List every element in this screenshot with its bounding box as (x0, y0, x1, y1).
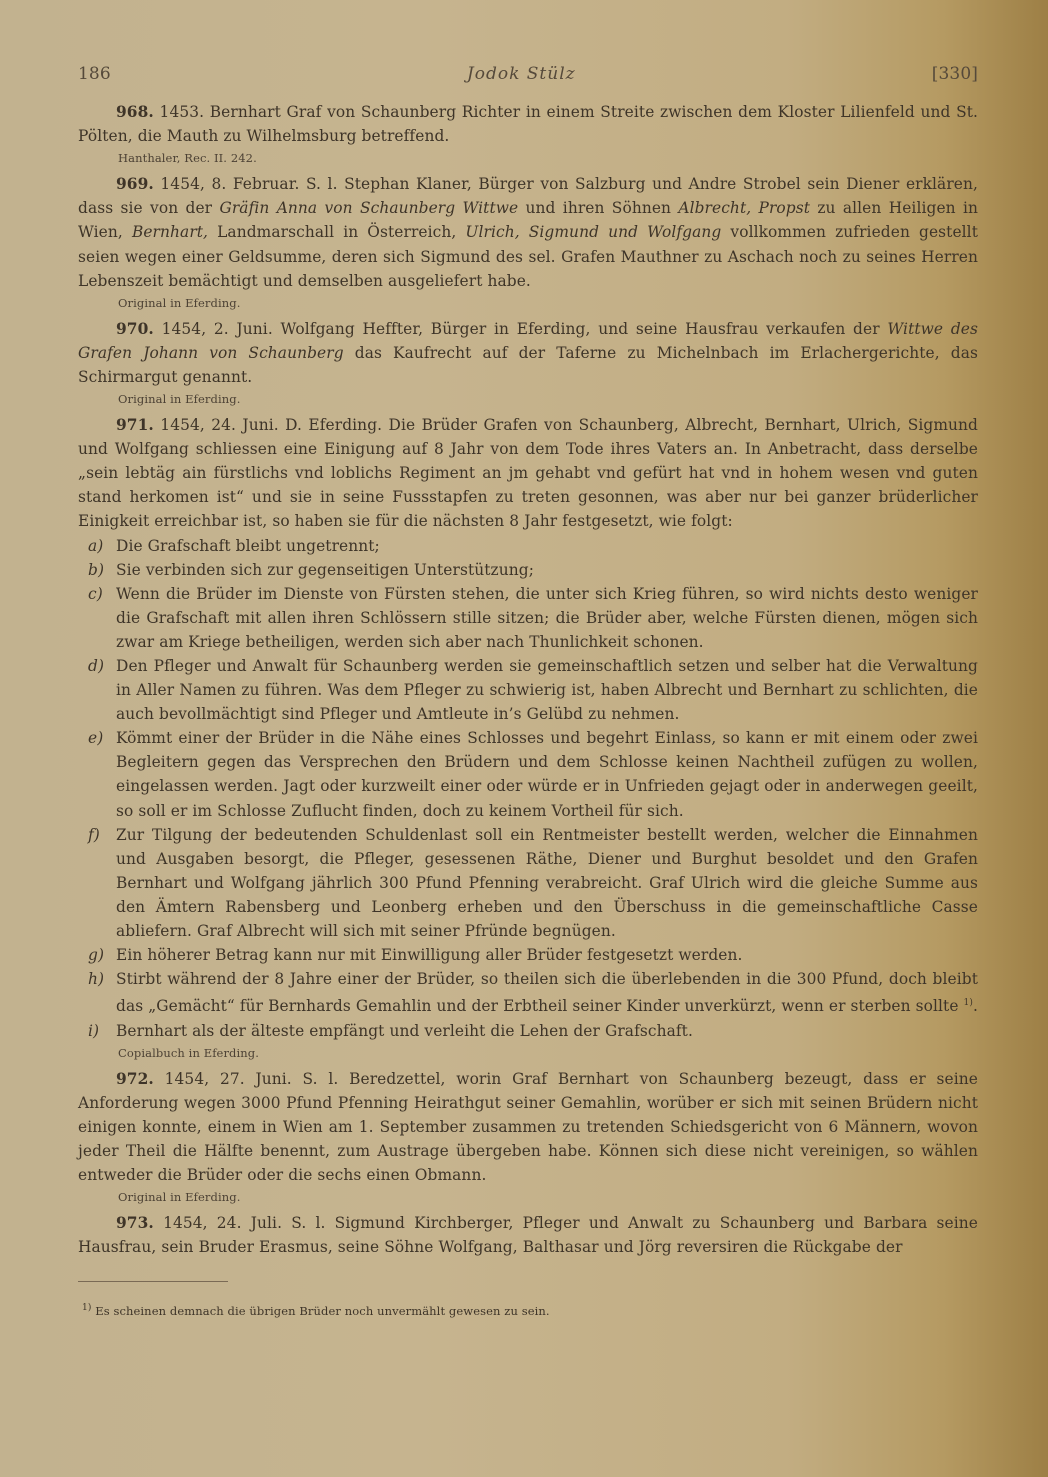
entry-text: 1454, 24. Juni. D. Eferding. Die Brüder … (78, 416, 978, 530)
entry-973: 973. 1454, 24. Juli. S. l. Sigmund Kirch… (78, 1211, 978, 1259)
footnote-marker: 1) (82, 1303, 91, 1313)
item-text: Sie verbinden sich zur gegenseitigen Unt… (116, 561, 534, 579)
entry-text: 1454, 2. Juni. Wolfgang Heffter, Bürger … (162, 320, 888, 338)
page-header: 186 Jodok Stülz [330] (78, 62, 978, 86)
item-label: d) (88, 654, 104, 678)
provision-item: d)Den Pfleger und Anwalt für Schaunberg … (78, 654, 978, 726)
page-number: 186 (78, 62, 111, 86)
document-page: 186 Jodok Stülz [330] 968. 1453. Bernhar… (78, 62, 978, 1323)
item-label: h) (88, 967, 104, 991)
entry-number: 968. (116, 103, 154, 121)
entry-source: Original in Eferding. (78, 1187, 978, 1207)
provision-item: a)Die Grafschaft bleibt ungetrennt; (78, 534, 978, 558)
item-label: i) (88, 1019, 99, 1043)
item-text: Zur Tilgung der bedeutenden Schuldenlast… (116, 826, 978, 940)
entry-number: 972. (116, 1070, 154, 1088)
entry-text: 1454, 24. Juli. S. l. Sigmund Kirchberge… (78, 1214, 978, 1256)
entry-number: 971. (116, 416, 154, 434)
entry-source: Original in Eferding. (78, 293, 978, 313)
item-label: e) (88, 726, 103, 750)
entry-text: 1453. Bernhart Graf von Schaunberg Richt… (78, 103, 978, 145)
entry-text: Landmarschall in Österreich, (208, 223, 465, 241)
entry-971: 971. 1454, 24. Juni. D. Eferding. Die Br… (78, 413, 978, 1063)
entry-source: Original in Eferding. (78, 389, 978, 409)
item-label: c) (88, 582, 103, 606)
item-text: Stirbt während der 8 Jahre einer der Brü… (116, 970, 978, 1015)
item-label: a) (88, 534, 103, 558)
bracket-page-number: [330] (932, 62, 978, 86)
entry-text: 1454, 27. Juni. S. l. Beredzettel, worin… (78, 1070, 978, 1184)
provision-item: f)Zur Tilgung der bedeutenden Schuldenla… (78, 823, 978, 943)
provision-item: e)Kömmt einer der Brüder in die Nähe ein… (78, 726, 978, 822)
entry-number: 970. (116, 320, 154, 338)
item-text: Ein höherer Betrag kann nur mit Einwilli… (116, 946, 743, 964)
entry-source: Copialbuch in Eferding. (78, 1043, 978, 1063)
entry-source: Hanthaler, Rec. II. 242. (78, 148, 978, 168)
provision-item: c)Wenn die Brüder im Dienste von Fürsten… (78, 582, 978, 654)
entry-972: 972. 1454, 27. Juni. S. l. Beredzettel, … (78, 1067, 978, 1207)
entry-number: 969. (116, 175, 154, 193)
entry-text: und ihren Söhnen (518, 199, 678, 217)
entry-number: 973. (116, 1214, 154, 1232)
item-text: Die Grafschaft bleibt ungetrennt; (116, 537, 380, 555)
item-text: Den Pfleger und Anwalt für Schaunberg we… (116, 657, 978, 723)
italic-name: Bernhart, (132, 223, 208, 241)
item-label: b) (88, 558, 104, 582)
item-label: f) (88, 823, 100, 847)
italic-name: Ulrich, Sigmund und Wolfgang (465, 223, 721, 241)
entry-969: 969. 1454, 8. Februar. S. l. Stephan Kla… (78, 172, 978, 312)
provision-item: i)Bernhart als der älteste empfängt und … (78, 1019, 978, 1043)
item-text: Bernhart als der älteste empfängt und ve… (116, 1022, 693, 1040)
running-title: Jodok Stülz (467, 62, 576, 86)
footnote-text: Es scheinen demnach die übrigen Brüder n… (95, 1304, 549, 1318)
item-text: Kömmt einer der Brüder in die Nähe eines… (116, 729, 978, 819)
entry-968: 968. 1453. Bernhart Graf von Schaunberg … (78, 100, 978, 168)
footnote: 1) Es scheinen demnach die übrigen Brüde… (78, 1296, 978, 1323)
item-text: Wenn die Brüder im Dienste von Fürsten s… (116, 585, 978, 651)
footnote-divider (78, 1281, 228, 1282)
provision-item: g)Ein höherer Betrag kann nur mit Einwil… (78, 943, 978, 967)
provision-item: h)Stirbt während der 8 Jahre einer der B… (78, 967, 978, 1018)
item-label: g) (88, 943, 104, 967)
provisions-list: a)Die Grafschaft bleibt ungetrennt; b)Si… (78, 534, 978, 1043)
provision-item: b)Sie verbinden sich zur gegenseitigen U… (78, 558, 978, 582)
footnote-reference[interactable]: 1) (964, 998, 973, 1008)
entry-970: 970. 1454, 2. Juni. Wolfgang Heffter, Bü… (78, 317, 978, 409)
italic-name: Albrecht, Propst (678, 199, 810, 217)
italic-name: Gräfin Anna von Schaunberg Wittwe (219, 199, 518, 217)
